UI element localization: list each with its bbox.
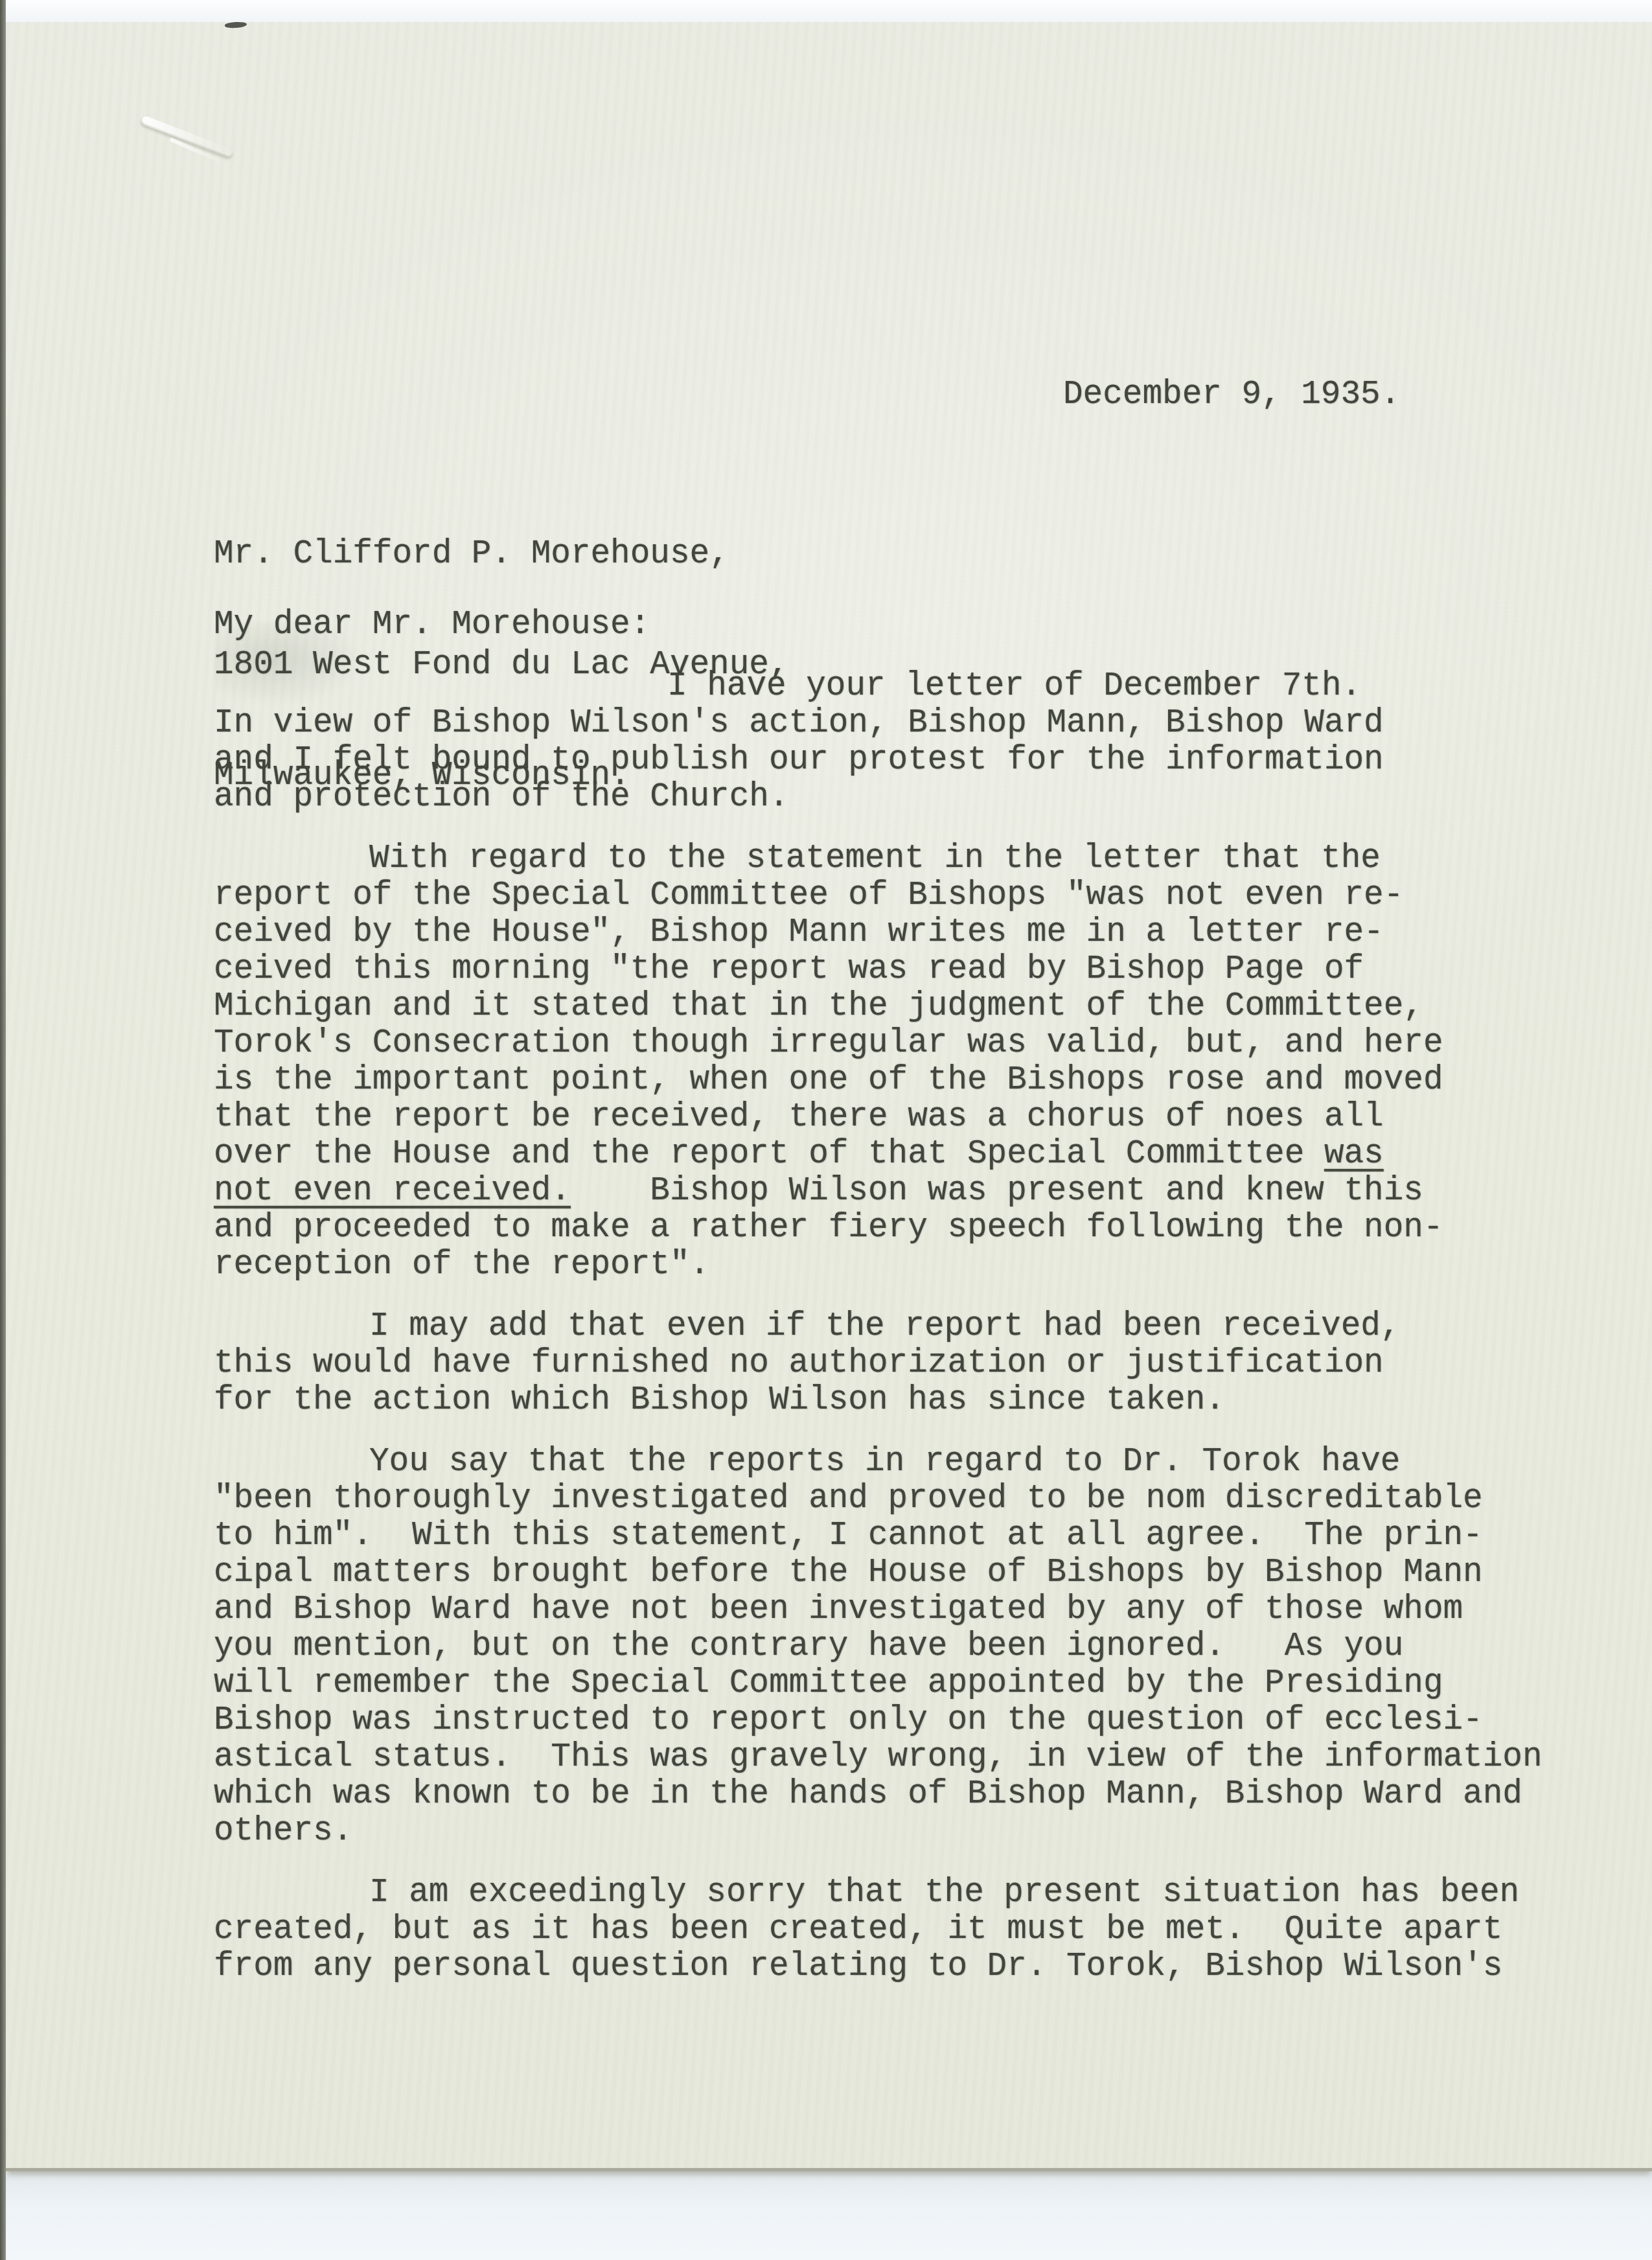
- letter-line: report of the Special Committee of Bisho…: [214, 877, 1543, 914]
- letter-paragraph: I may add that even if the report had be…: [214, 1308, 1543, 1419]
- typed-text: others.: [214, 1813, 352, 1850]
- typed-text: created, but as it has been created, it …: [214, 1911, 1502, 1948]
- letter-line: In view of Bishop Wilson's action, Bisho…: [214, 705, 1543, 742]
- scanner-background-bottom: [0, 2171, 1652, 2260]
- typed-text: reception of the report".: [214, 1247, 709, 1284]
- letter-line: created, but as it has been created, it …: [214, 1911, 1543, 1948]
- typed-text: In view of Bishop Wilson's action, Bisho…: [214, 705, 1384, 742]
- letter-line: to him". With this statement, I cannot a…: [214, 1517, 1543, 1554]
- letter-line: over the House and the report of that Sp…: [214, 1136, 1543, 1173]
- typed-text: astical status. This was gravely wrong, …: [214, 1739, 1543, 1776]
- letter-line: reception of the report".: [214, 1247, 1543, 1284]
- scanned-letter-screenshot: { "page": { "background_color": "#eff3f6…: [0, 0, 1652, 2260]
- typed-text: you mention, but on the contrary have be…: [214, 1628, 1403, 1665]
- letter-line: You say that the reports in regard to Dr…: [214, 1444, 1543, 1481]
- letter-line: others.: [214, 1813, 1543, 1850]
- paper-edge-mark: [225, 21, 247, 29]
- typed-text: is the important point, when one of the …: [214, 1062, 1443, 1099]
- letter-line: ceived this morning "the report was read…: [214, 951, 1543, 988]
- letter-paragraph: With regard to the statement in the lett…: [214, 840, 1543, 1284]
- letter-line: from any personal question relating to D…: [214, 1948, 1543, 1985]
- letter-line: not even received. Bishop Wilson was pre…: [214, 1173, 1543, 1210]
- typed-text: I may add that even if the report had be…: [369, 1308, 1400, 1345]
- typed-text: ceived this morning "the report was read…: [214, 951, 1364, 988]
- typed-text: and Bishop Ward have not been investigat…: [214, 1591, 1463, 1628]
- typed-text: from any personal question relating to D…: [214, 1948, 1502, 1985]
- letter-line: and Bishop Ward have not been investigat…: [214, 1591, 1543, 1628]
- letter-body: I have your letter of December 7th.In vi…: [214, 668, 1543, 2010]
- letter-paragraph: You say that the reports in regard to Dr…: [214, 1444, 1543, 1850]
- typed-text: Michigan and it stated that in the judgm…: [214, 988, 1423, 1025]
- letter-line: I am exceedingly sorry that the present …: [214, 1874, 1543, 1911]
- typed-text: I have your letter of December 7th.: [667, 668, 1361, 705]
- letter-line: you mention, but on the contrary have be…: [214, 1628, 1543, 1665]
- typed-text: "been thoroughly investigated and proved…: [214, 1481, 1483, 1517]
- date-line: December 9, 1935.: [1063, 376, 1400, 413]
- typed-text: report of the Special Committee of Bisho…: [214, 877, 1403, 914]
- letter-line: "been thoroughly investigated and proved…: [214, 1481, 1543, 1517]
- typed-text: which was known to be in the hands of Bi…: [214, 1776, 1522, 1813]
- scanner-background-top: [0, 0, 1652, 22]
- scan-left-edge-shadow: [0, 0, 6, 2260]
- letter-line: ceived by the House", Bishop Mann writes…: [214, 914, 1543, 951]
- typed-text: for the action which Bishop Wilson has s…: [214, 1382, 1225, 1419]
- underlined-text: not even received.: [214, 1173, 571, 1210]
- letter-paragraph: I am exceedingly sorry that the present …: [214, 1874, 1543, 1985]
- letter-line: astical status. This was gravely wrong, …: [214, 1739, 1543, 1776]
- letter-paper: December 9, 1935. Mr. Clifford P. Moreho…: [6, 22, 1652, 2171]
- letter-line: With regard to the statement in the lett…: [214, 840, 1543, 877]
- typed-text: cipal matters brought before the House o…: [214, 1554, 1483, 1591]
- letter-line: and proceeded to make a rather fiery spe…: [214, 1210, 1543, 1247]
- typed-text: You say that the reports in regard to Dr…: [369, 1444, 1400, 1481]
- letter-line: cipal matters brought before the House o…: [214, 1554, 1543, 1591]
- letter-line: for the action which Bishop Wilson has s…: [214, 1382, 1543, 1419]
- letter-paragraph: I have your letter of December 7th.In vi…: [214, 668, 1543, 816]
- typed-text: and protection of the Church.: [214, 779, 789, 816]
- recipient-name: Mr. Clifford P. Morehouse,: [214, 536, 789, 573]
- letter-line: Michigan and it stated that in the judgm…: [214, 988, 1543, 1025]
- typed-text: this would have furnished no authorizati…: [214, 1345, 1384, 1382]
- typed-text: Bishop was instructed to report only on …: [214, 1702, 1483, 1739]
- letter-line: Torok's Consecration though irregular wa…: [214, 1025, 1543, 1062]
- typed-text: over the House and the report of that Sp…: [214, 1136, 1324, 1173]
- typed-text: and proceeded to make a rather fiery spe…: [214, 1210, 1443, 1247]
- letter-line: I may add that even if the report had be…: [214, 1308, 1543, 1345]
- salutation: My dear Mr. Morehouse:: [214, 606, 650, 643]
- letter-line: which was known to be in the hands of Bi…: [214, 1776, 1543, 1813]
- letter-line: and protection of the Church.: [214, 779, 1543, 816]
- paper-crease: [140, 115, 234, 159]
- typed-text: Torok's Consecration though irregular wa…: [214, 1025, 1443, 1062]
- letter-line: I have your letter of December 7th.: [214, 668, 1543, 705]
- letter-line: will remember the Special Committee appo…: [214, 1665, 1543, 1702]
- typed-text: that the report be received, there was a…: [214, 1099, 1384, 1136]
- typed-text: With regard to the statement in the lett…: [369, 840, 1381, 877]
- underlined-text: was: [1324, 1136, 1384, 1173]
- typed-text: and I felt bound to publish our protest …: [214, 742, 1384, 779]
- typed-text: ceived by the House", Bishop Mann writes…: [214, 914, 1384, 951]
- letter-line: that the report be received, there was a…: [214, 1099, 1543, 1136]
- typed-text: Bishop Wilson was present and knew this: [571, 1173, 1423, 1210]
- letter-line: is the important point, when one of the …: [214, 1062, 1543, 1099]
- letter-line: this would have furnished no authorizati…: [214, 1345, 1543, 1382]
- letter-line: and I felt bound to publish our protest …: [214, 742, 1543, 779]
- typed-text: I am exceedingly sorry that the present …: [369, 1874, 1519, 1911]
- typed-text: to him". With this statement, I cannot a…: [214, 1517, 1483, 1554]
- letter-line: Bishop was instructed to report only on …: [214, 1702, 1543, 1739]
- typed-text: will remember the Special Committee appo…: [214, 1665, 1443, 1702]
